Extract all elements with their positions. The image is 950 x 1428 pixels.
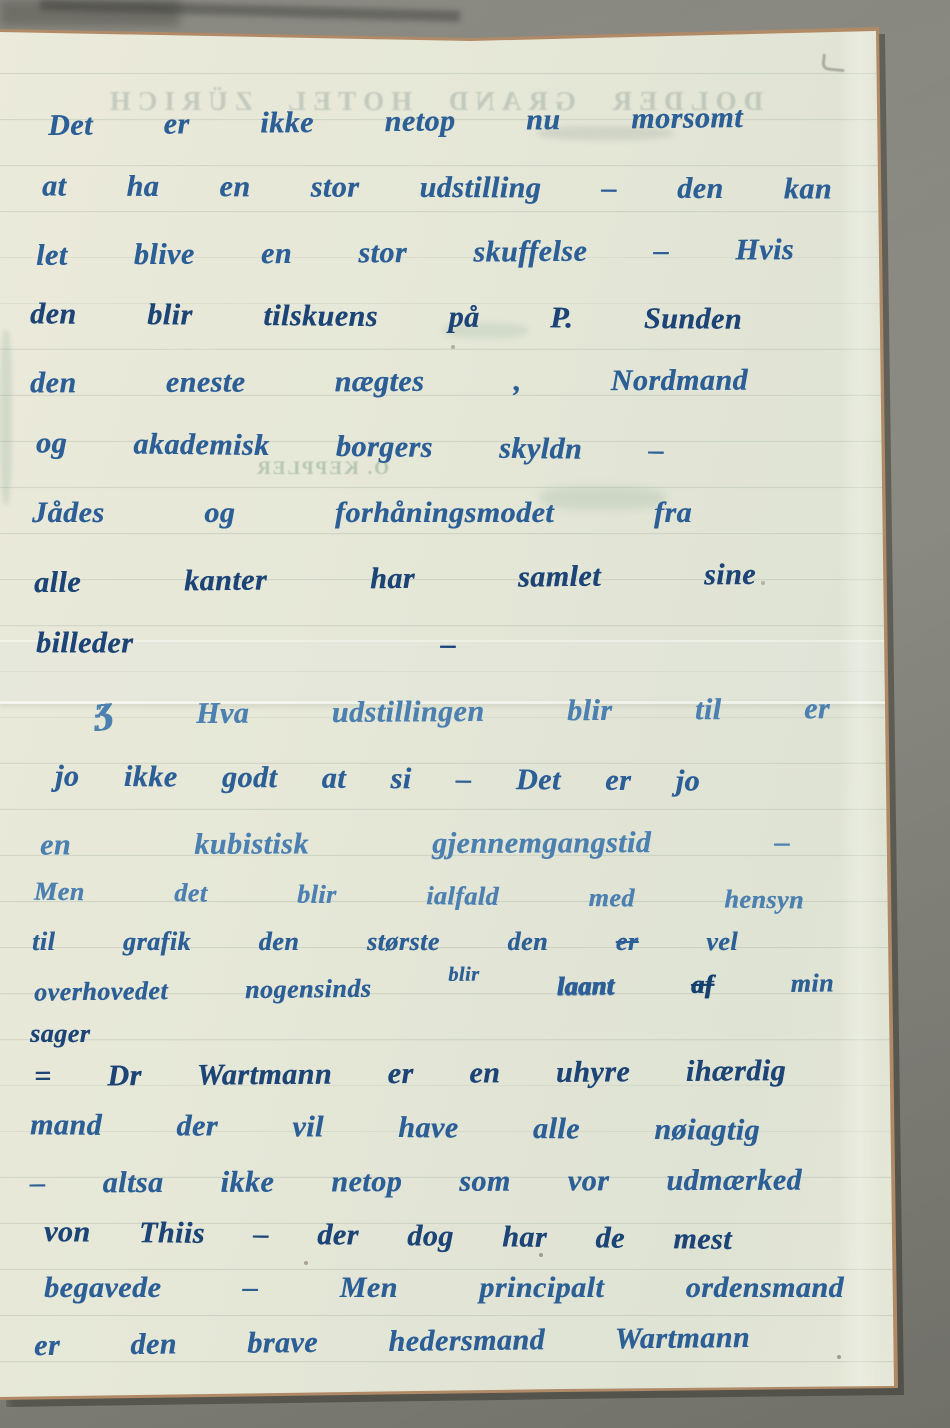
word-segment: til grafik den største den — [32, 927, 548, 956]
word-segment: let blive en stor skuffelse – Hvis — [36, 233, 794, 272]
word-segment: alle kanter har samlet sine — [34, 558, 756, 599]
word-segment: min — [790, 968, 834, 997]
handwriting-line: at ha en stor udstilling – den kan — [42, 164, 832, 211]
handwriting-line: = Dr Wartmann er en uhyre ihærdig — [34, 1049, 786, 1099]
handwriting-line: mand der vil have alle nøiagtig — [30, 1103, 760, 1153]
word-segment: Hva udstillingen blir til er — [196, 692, 830, 730]
handwriting-line: begavede – Men principalt ordensmand — [44, 1266, 844, 1310]
word-segment: sager — [30, 1019, 90, 1048]
word-segment: den eneste nægtes , Nordmand — [30, 364, 748, 400]
word-segment: at ha en stor udstilling – den kan — [42, 169, 832, 205]
word-segment: en kubistisk gjennemgangstid – — [40, 826, 790, 862]
handwriting-line: let blive en stor skuffelse – Hvis — [36, 228, 794, 278]
word-segment: von Thiis – der dog har de mest — [44, 1215, 732, 1256]
word-segment: blir — [448, 963, 480, 985]
scribbled-out-word — [93, 692, 116, 738]
scanner-corner-shadow — [0, 0, 180, 26]
word-segment: Jådes og forhåningsmodet fra — [32, 496, 692, 529]
word-segment: = — [34, 1060, 52, 1093]
word-segment: jo ikke godt at si – Det er jo — [55, 760, 700, 798]
handwriting-line: til grafik den største den er vel — [32, 922, 738, 962]
handwriting-line: – altsa ikke netop som vor udmærked — [30, 1159, 802, 1206]
handwriting-line: den eneste nægtes , Nordmand — [30, 359, 748, 406]
word-segment: Men det blir ialfald med hensyn — [34, 877, 804, 915]
word-segment: mand der vil have alle nøiagtig — [30, 1108, 760, 1147]
handwriting-line: en kubistisk gjennemgangstid – — [40, 821, 790, 868]
word-segment: overhovedet nogensinds — [34, 974, 372, 1007]
word-segment: af — [691, 970, 714, 999]
word-segment: vel — [706, 927, 738, 956]
handwriting-line: Hva udstillingen blir til er — [95, 687, 830, 737]
scanned-letter: DOLDER GRAND HOTEL ZÜRICH O. KEPPLER Det… — [0, 0, 950, 1428]
handwriting-line: Men det blir ialfald med hensyn — [34, 872, 804, 921]
word-segment: laant — [556, 971, 614, 1001]
word-segment: er den brave hedersmand Wartmann — [34, 1321, 750, 1362]
word-segment: den blir tilskuens på P. Sunden — [30, 297, 742, 335]
handwriting-line: den blir tilskuens på P. Sunden — [30, 292, 742, 341]
word-segment: og akademisk borgers skyldn – — [36, 426, 664, 466]
word-segment: begavede – Men principalt ordensmand — [44, 1271, 844, 1304]
word-segment: – altsa ikke netop som vor udmærked — [30, 1164, 802, 1200]
handwriting-line: alle kanter har samlet sine — [34, 553, 756, 605]
paper-curvature-highlight — [838, 0, 882, 1428]
letter-page: DOLDER GRAND HOTEL ZÜRICH O. KEPPLER Det… — [0, 0, 950, 1428]
pencil-hook-mark — [821, 54, 846, 72]
word-segment: er — [616, 927, 639, 956]
word-segment: Det er ikke netop nu morsomt — [48, 101, 743, 142]
handwriting-line: billeder – — [36, 621, 456, 667]
word-segment: billeder – — [36, 626, 456, 661]
handwriting-line: overhovedet nogensinds blir laant af min — [34, 963, 834, 1014]
showthrough-smudge — [0, 330, 12, 505]
handwriting-line: Jådes og forhåningsmodet fra — [32, 491, 692, 535]
handwriting-line: jo ikke godt at si – Det er jo — [55, 755, 700, 804]
handwriting-line: Det er ikke netop nu morsomt — [48, 96, 743, 148]
word-segment: Dr Wartmann er en uhyre ihærdig — [107, 1054, 786, 1092]
handwriting-line: sager — [30, 1014, 125, 1054]
handwriting-line: er den brave hedersmand Wartmann — [34, 1316, 750, 1368]
handwriting-line: von Thiis – der dog har de mest — [44, 1210, 732, 1262]
handwriting-line: og akademisk borgers skyldn – — [36, 421, 664, 472]
